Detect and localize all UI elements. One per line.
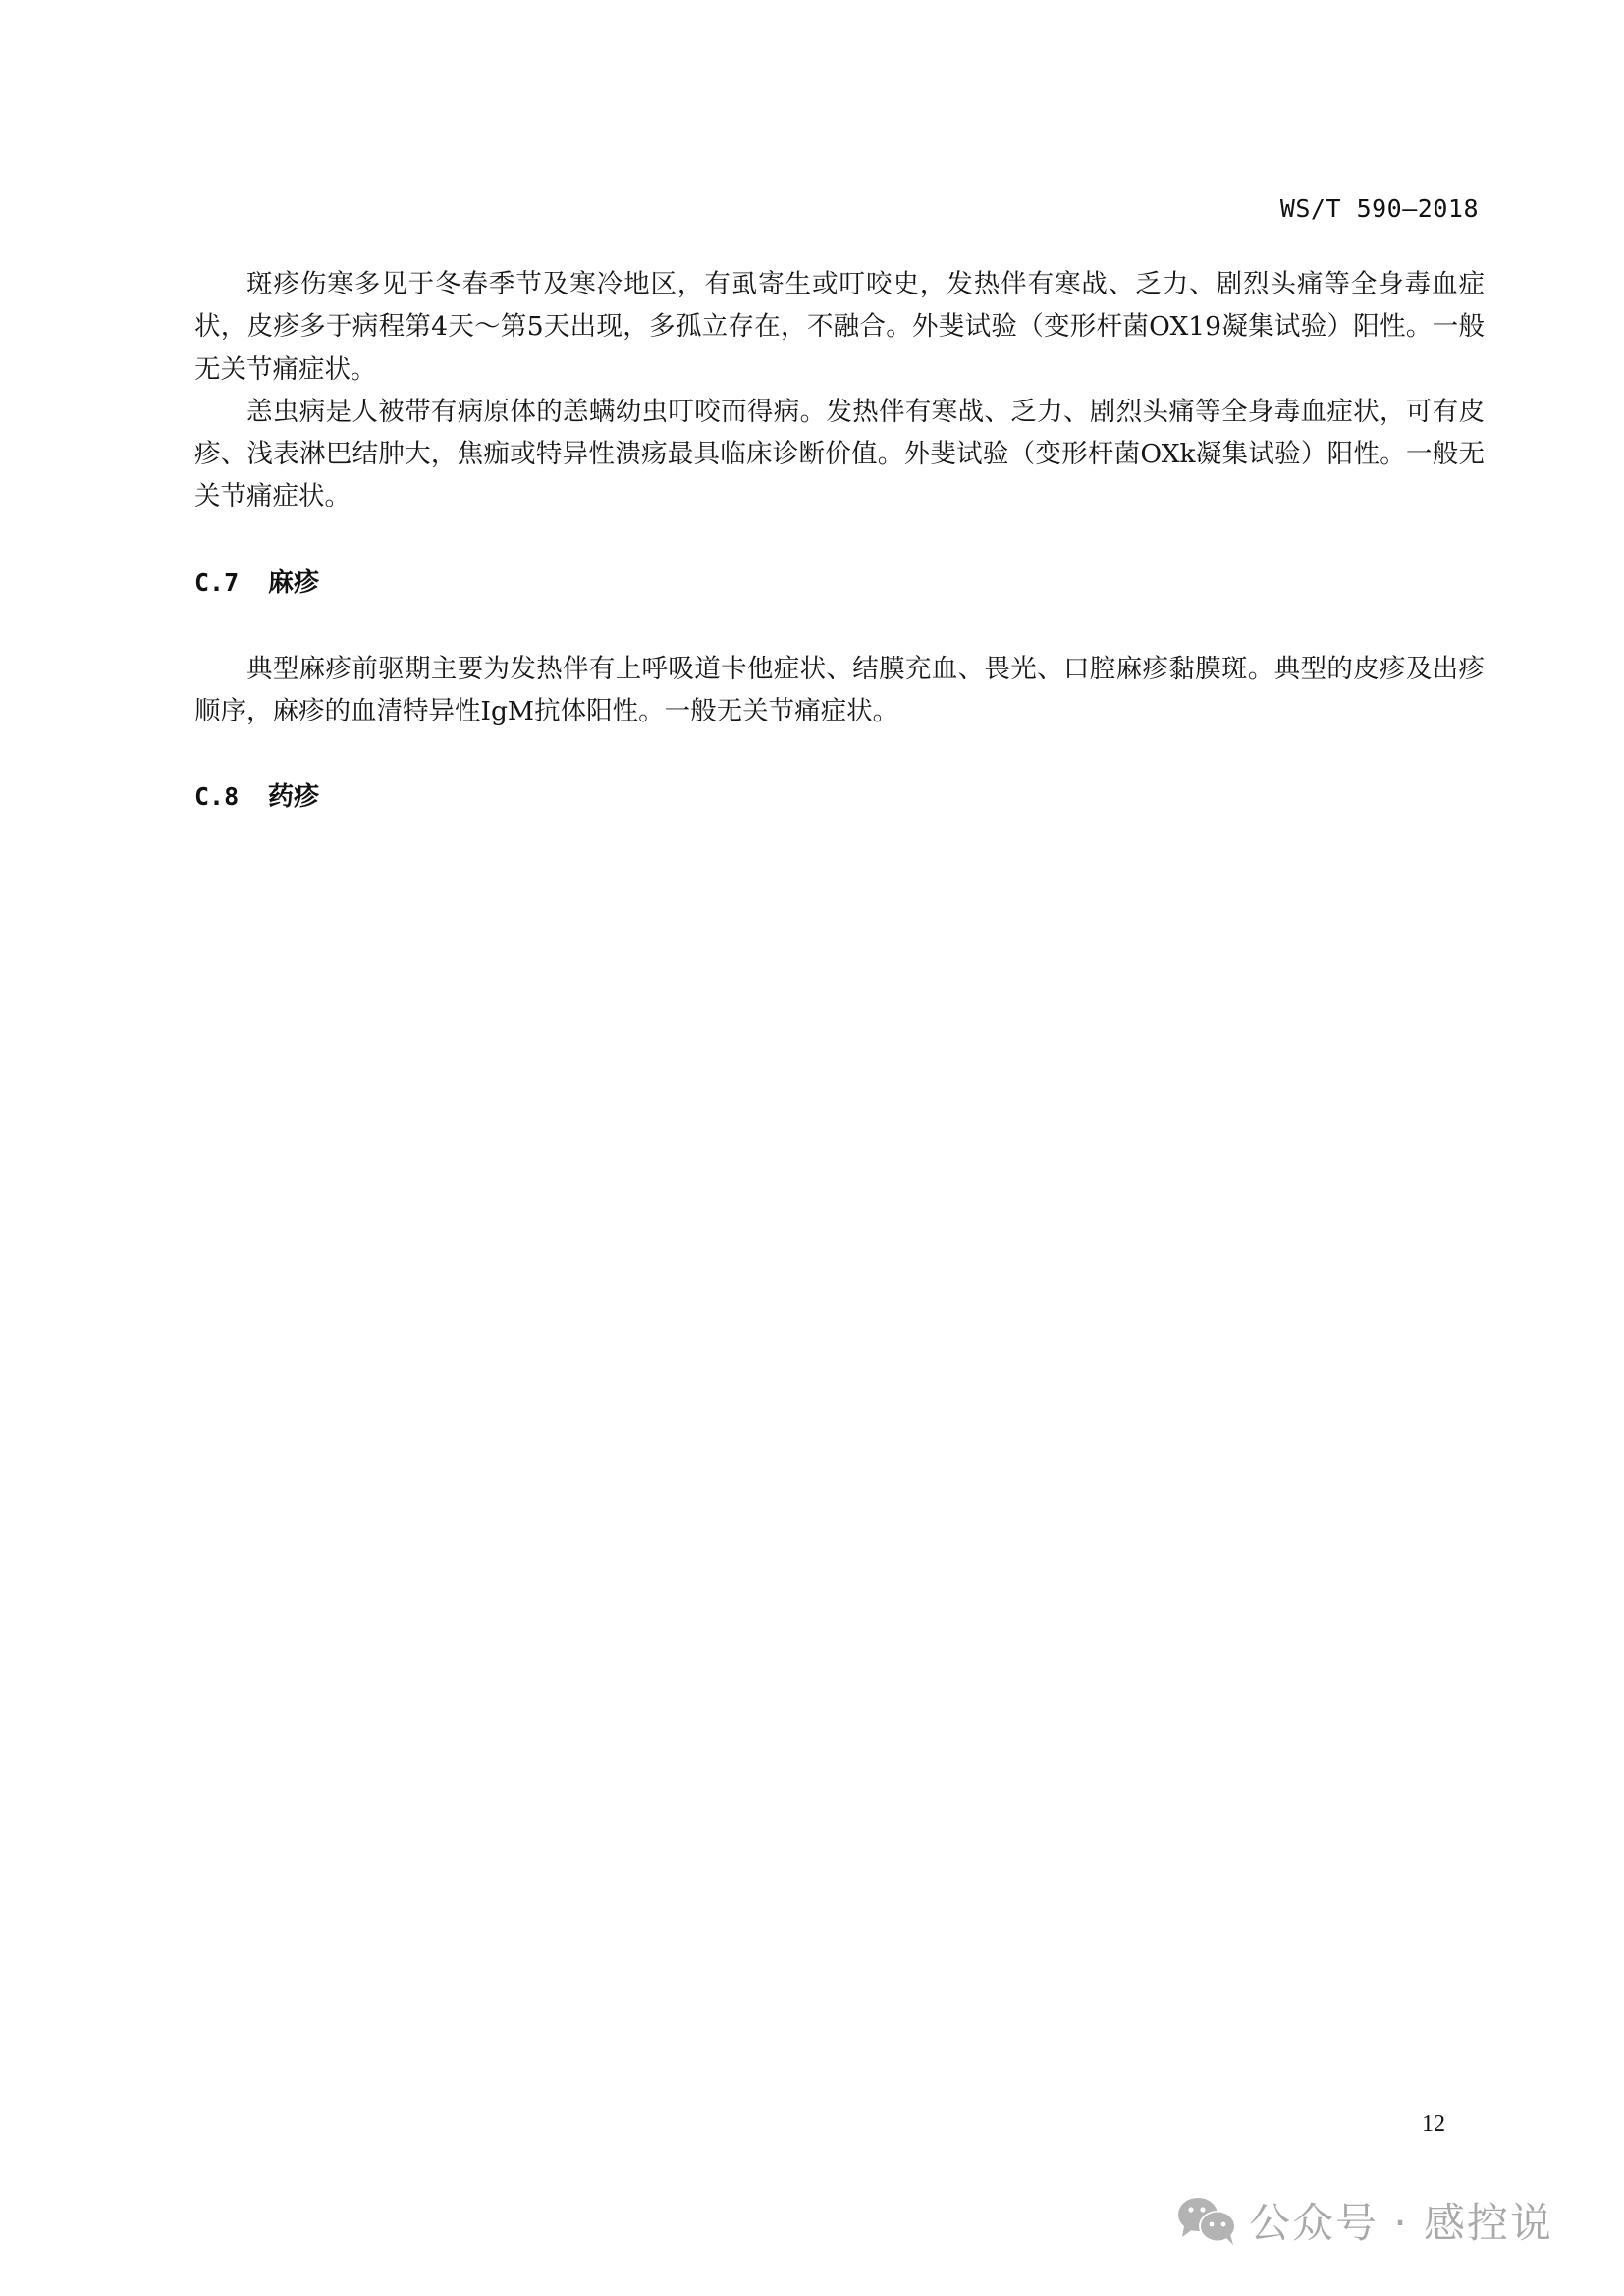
section-number: C.8 (194, 775, 268, 818)
page-content: 斑疹伤寒多见于冬春季节及寒冷地区，有虱寄生或叮咬史，发热伴有寒战、乏力、剧烈头痛… (194, 263, 1485, 819)
section-title: 麻疹 (268, 562, 319, 605)
watermark-text: 公众号 · 感控说 (1249, 2191, 1553, 2250)
paragraph-typhus: 斑疹伤寒多见于冬春季节及寒冷地区，有虱寄生或叮咬史，发热伴有寒战、乏力、剧烈头痛… (194, 263, 1485, 391)
page-number: 12 (1422, 2111, 1445, 2138)
section-title: 药疹 (268, 776, 319, 819)
paragraph-measles: 典型麻疹前驱期主要为发热伴有上呼吸道卡他症状、结膜充血、畏光、口腔麻疹黏膜斑。典… (194, 648, 1485, 733)
watermark: 公众号 · 感控说 (1174, 2191, 1553, 2250)
section-heading-c7: C.7 麻疹 (194, 561, 1485, 605)
section-heading-c8: C.8 药疹 (194, 775, 1485, 819)
section-number: C.7 (194, 561, 268, 604)
wechat-icon (1174, 2194, 1239, 2247)
paragraph-scrub-typhus: 恙虫病是人被带有病原体的恙螨幼虫叮咬而得病。发热伴有寒战、乏力、剧烈头痛等全身毒… (194, 391, 1485, 518)
document-code-header: WS/T 590—2018 (1280, 194, 1479, 223)
document-page: WS/T 590—2018 斑疹伤寒多见于冬春季节及寒冷地区，有虱寄生或叮咬史，… (0, 0, 1624, 2296)
